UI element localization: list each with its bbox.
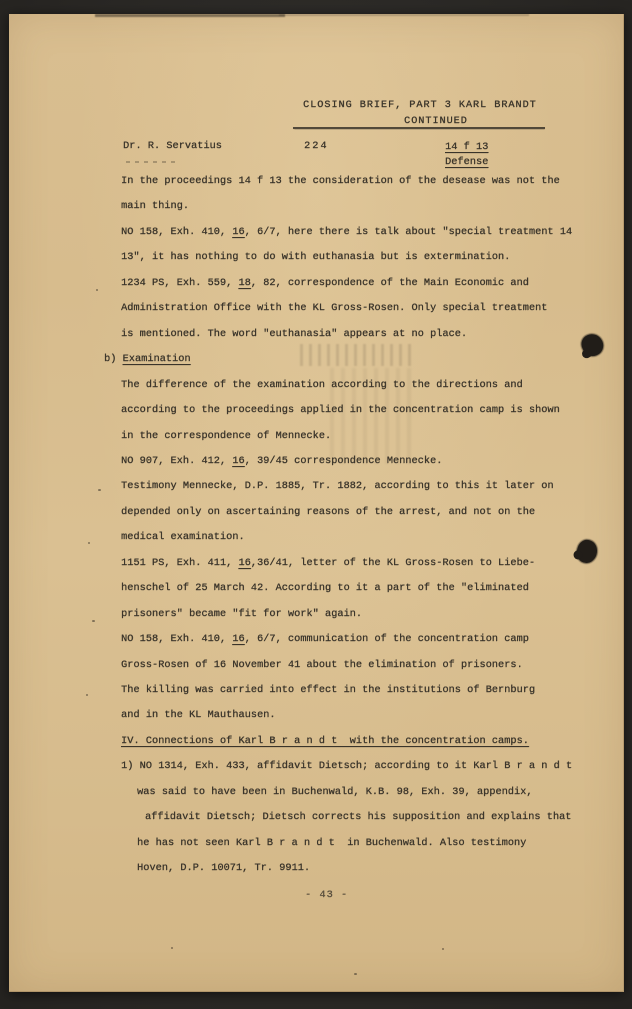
text-segment: was said to have been in Buchenwald, K.B… [137, 786, 532, 798]
party-label: Defense [445, 156, 488, 168]
body-line: and in the KL Mauthausen. [121, 709, 275, 721]
body-line: In the proceedings 14 f 13 the considera… [121, 175, 560, 187]
body-line: he has not seen Karl B r a n d t in Buch… [137, 837, 526, 849]
body-line: 1234 PS, Exh. 559, 18, 82, correspondenc… [121, 277, 529, 289]
body-line: NO 158, Exh. 410, 16, 6/7, here there is… [121, 226, 572, 238]
body-line: in the correspondence of Mennecke. [121, 430, 331, 442]
body-line: henschel of 25 March 42. According to it… [121, 582, 529, 594]
text-segment: The difference of the examination accord… [121, 379, 523, 391]
body-line: Hoven, D.P. 10071, Tr. 9911. [137, 862, 310, 874]
author-name: Dr. R. Servatius [123, 140, 222, 152]
bleed-through-smudge [330, 368, 418, 464]
body-line: prisoners" became "fit for work" again. [121, 608, 362, 620]
underlined-text: 16 [232, 633, 244, 645]
speck [86, 694, 88, 696]
text-segment: he has not seen Karl B r a n d t in Buch… [137, 837, 526, 849]
text-segment: in the correspondence of Mennecke. [121, 430, 331, 442]
underlined-text: 18 [238, 277, 250, 289]
text-segment: affidavit Dietsch; Dietsch corrects his … [145, 811, 571, 823]
text-segment: medical examination. [121, 531, 245, 543]
text-segment: Hoven, D.P. 10071, Tr. 9911. [137, 862, 310, 874]
body-line: was said to have been in Buchenwald, K.B… [137, 786, 532, 798]
text-segment: 1234 PS, Exh. 559, [121, 277, 238, 289]
speck [98, 489, 101, 491]
body-line: NO 158, Exh. 410, 16, 6/7, communication… [121, 633, 529, 645]
underlined-text: 16 [232, 226, 244, 238]
header-title-line2: CONTINUED [404, 115, 468, 127]
transcript-page-ref: 224 [304, 140, 329, 152]
body-line: 1) NO 1314, Exh. 433, affidavit Dietsch;… [121, 760, 572, 772]
body-line: affidavit Dietsch; Dietsch corrects his … [145, 811, 571, 823]
typewriter-smudge [126, 161, 178, 163]
text-segment: depended only on ascertaining reasons of… [121, 506, 535, 518]
underlined-text: 16 [238, 557, 250, 569]
underlined-text: IV. Connections of Karl B r a n d t with… [121, 735, 529, 747]
speck [171, 947, 173, 949]
text-segment: 1) NO 1314, Exh. 433, affidavit Dietsch;… [121, 760, 572, 772]
body-line: main thing. [121, 200, 189, 212]
body-line: b) Examination [104, 353, 191, 365]
bleed-through-smudge [300, 344, 412, 366]
body-line: The killing was carried into effect in t… [121, 684, 535, 696]
body-line: Testimony Mennecke, D.P. 1885, Tr. 1882,… [121, 480, 554, 492]
body-line: medical examination. [121, 531, 245, 543]
text-segment: is mentioned. The word "euthanasia" appe… [121, 328, 467, 340]
body-line: 13", it has nothing to do with euthanasi… [121, 251, 510, 263]
header-title-line1: CLOSING BRIEF, PART 3 KARL BRANDT [303, 99, 537, 111]
text-segment: Testimony Mennecke, D.P. 1885, Tr. 1882,… [121, 480, 554, 492]
speck [354, 973, 357, 975]
section-heading: IV. Connections of Karl B r a n d t with… [121, 735, 529, 747]
text-segment: Administration Office with the KL Gross-… [121, 302, 547, 314]
text-segment: , 82, correspondence of the Main Economi… [251, 277, 529, 289]
text-segment: The killing was carried into effect in t… [121, 684, 535, 696]
speck [88, 542, 90, 544]
body-line: 1151 PS, Exh. 411, 16,36/41, letter of t… [121, 557, 535, 569]
text-segment: b) [104, 353, 123, 365]
body-line: Administration Office with the KL Gross-… [121, 302, 547, 314]
text-segment: 1151 PS, Exh. 411, [121, 557, 238, 569]
body-line: is mentioned. The word "euthanasia" appe… [121, 328, 467, 340]
speck [96, 289, 98, 291]
text-segment: Gross-Rosen of 16 November 41 about the … [121, 659, 523, 671]
text-segment: NO 158, Exh. 410, [121, 226, 232, 238]
page-number: - 43 - [305, 889, 348, 901]
underlined-text: 16 [232, 455, 244, 467]
text-segment: and in the KL Mauthausen. [121, 709, 275, 721]
text-segment: ,36/41, letter of the KL Gross-Rosen to … [251, 557, 535, 569]
text-segment: main thing. [121, 200, 189, 212]
body-line: The difference of the examination accord… [121, 379, 523, 391]
text-segment: NO 907, Exh. 412, [121, 455, 232, 467]
header-rule [293, 127, 545, 129]
text-segment: NO 158, Exh. 410, [121, 633, 232, 645]
text-segment: , 6/7, here there is talk about "special… [245, 226, 573, 238]
paper-edge-wear [279, 14, 529, 16]
text-segment: henschel of 25 March 42. According to it… [121, 582, 529, 594]
text-segment: prisoners" became "fit for work" again. [121, 608, 362, 620]
body-line: Gross-Rosen of 16 November 41 about the … [121, 659, 523, 671]
text-segment: , 6/7, communication of the concentratio… [245, 633, 529, 645]
speck [92, 620, 95, 622]
speck [442, 948, 444, 950]
text-segment: 13", it has nothing to do with euthanasi… [121, 251, 510, 263]
body-line: depended only on ascertaining reasons of… [121, 506, 535, 518]
doc-ref: 14 f 13 [445, 141, 488, 153]
text-segment: In the proceedings 14 f 13 the considera… [121, 175, 560, 187]
underlined-text: Examination [123, 353, 191, 365]
page-background: CLOSING BRIEF, PART 3 KARL BRANDT CONTIN… [0, 0, 632, 1009]
paper-edge-wear [95, 14, 285, 17]
